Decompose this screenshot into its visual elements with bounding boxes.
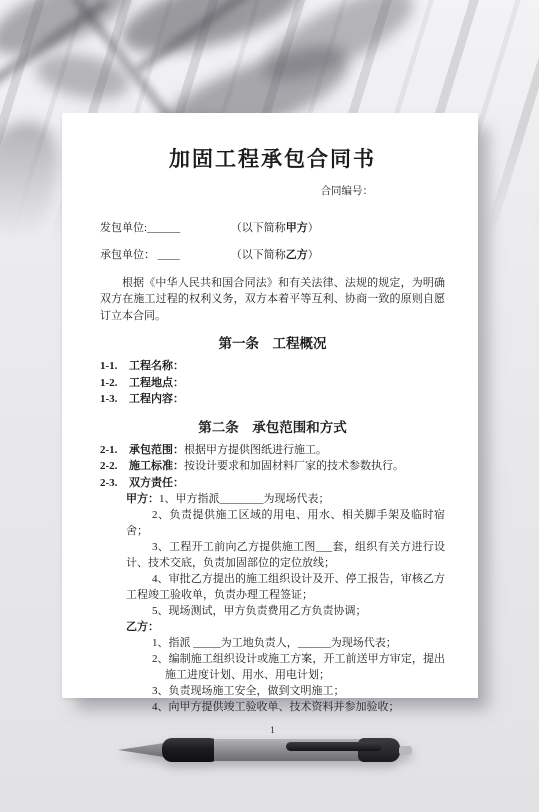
item-number: 1-1. [100, 358, 129, 375]
party-a-duties-label: 甲方： [126, 493, 159, 505]
party-b-name-field: 承包单位： ____ [100, 247, 228, 264]
leaf-shadow [0, 0, 140, 67]
window-frame-shadow [0, 0, 109, 92]
item-number: 2-3. [100, 475, 129, 492]
party-a-label: 发包单位: [100, 222, 147, 234]
party-b-alias-prefix: （以下简称 [231, 249, 286, 261]
party-b-duty-1: 1、指派 _____为工地负责人，______为现场代表； [100, 635, 445, 651]
party-b-duty-3: 3、负责现场施工安全，做到文明施工； [100, 683, 445, 699]
party-a-duty-3: 3、工程开工前向乙方提供施工图___套，组织有关方进行设计、技术交底，负责加固部… [100, 539, 445, 571]
party-b-blank: ____ [155, 249, 180, 261]
item-text: 按设计要求和加固材料厂家的技术参数执行。 [184, 460, 404, 472]
item-1-2: 1-2.工程地点： [100, 375, 445, 392]
parties-block: 发包单位:______ （以下简称甲方） 承包单位： ____ （以下简称乙方） [100, 220, 445, 264]
party-a-alias-suffix: ） [308, 222, 319, 234]
item-label: 双方责任： [129, 477, 184, 489]
window-frame-shadow [135, 0, 255, 74]
section2-heading: 第二条 承包范围和方式 [100, 419, 445, 437]
item-1-3: 1-3.工程内容： [100, 391, 445, 408]
item-2-3: 2-3.双方责任： [100, 475, 445, 492]
party-b-row: 承包单位： ____ （以下简称乙方） [100, 247, 445, 264]
preamble-paragraph: 根据《中华人民共和国合同法》和有关法律、法规的规定，为明确双方在施工过程的权利义… [100, 275, 445, 325]
document-title: 加固工程承包合同书 [100, 146, 445, 173]
leaf-shadow [0, 114, 66, 256]
item-label: 工程地点： [129, 377, 184, 389]
party-b-alias-bold: 乙方 [286, 249, 308, 261]
item-2-1: 2-1.承包范围：根据甲方提供图纸进行施工。 [100, 442, 445, 459]
leaf-shadow [113, 0, 308, 65]
responsibilities-block: 甲方：1、甲方指派________为现场代表； 2、负责提供施工区域的用电、用水… [100, 491, 445, 715]
party-a-alias-prefix: （以下简称 [231, 222, 286, 234]
item-1-1: 1-1.工程名称： [100, 358, 445, 375]
pen-clip [286, 742, 382, 751]
party-a-name-field: 发包单位:______ [100, 220, 228, 237]
section1-heading: 第一条 工程概况 [100, 335, 445, 353]
party-b-duties-label: 乙方： [126, 621, 159, 633]
party-a-blank: ______ [147, 222, 180, 234]
party-a-duty-2: 2、负责提供施工区域的用电、用水、相关脚手架及临时宿舍； [100, 507, 445, 539]
item-label: 工程名称： [129, 360, 184, 372]
contract-document: 加固工程承包合同书 合同编号： 发包单位:______ （以下简称甲方） 承包单… [62, 113, 478, 698]
item-number: 2-1. [100, 442, 129, 459]
party-a-alias: （以下简称甲方） [231, 222, 319, 234]
party-b-label: 承包单位： [100, 249, 155, 261]
window-frame-shadow [72, 0, 177, 126]
contract-number-label: 合同编号： [100, 184, 445, 201]
party-a-row: 发包单位:______ （以下简称甲方） [100, 220, 445, 237]
party-b-alias-suffix: ） [308, 249, 319, 261]
item-2-2: 2-2.施工标准：按设计要求和加固材料厂家的技术参数执行。 [100, 458, 445, 475]
item-number: 2-2. [100, 458, 129, 475]
pen-grip [162, 738, 220, 762]
pen-image [118, 736, 408, 764]
leaf-shadow [31, 44, 133, 108]
party-b-duty-4: 4、向甲方提供竣工验收单、技术资料并参加验收； [100, 699, 445, 715]
leaf-shadow [0, 252, 50, 352]
item-text: 根据甲方提供图纸进行施工。 [184, 444, 327, 456]
item-label: 施工标准： [129, 460, 184, 472]
party-b-alias: （以下简称乙方） [231, 249, 319, 261]
pen-push-button [399, 746, 412, 755]
item-label: 承包范围： [129, 444, 184, 456]
item-number: 1-2. [100, 375, 129, 392]
party-a-duty-1: 1、甲方指派________为现场代表； [159, 493, 330, 505]
item-number: 1-3. [100, 391, 129, 408]
party-a-duties-first-line: 甲方：1、甲方指派________为现场代表； [100, 491, 445, 507]
party-b-duty-2: 2、编制施工组织设计或施工方案，开工前送甲方审定，提出施工进度计划、用水、用电计… [100, 651, 445, 683]
party-a-alias-bold: 甲方 [286, 222, 308, 234]
party-a-duty-5: 5、现场测试，甲方负责费用乙方负责协调； [100, 603, 445, 619]
item-label: 工程内容： [129, 393, 184, 405]
pen-tip [118, 743, 164, 757]
party-b-duties-label-row: 乙方： [100, 619, 445, 635]
party-a-duty-4: 4、审批乙方提出的施工组织设计及开、停工报告，审核乙方工程竣工验收单，负责办理工… [100, 571, 445, 603]
leaf-shadow [251, 0, 424, 94]
